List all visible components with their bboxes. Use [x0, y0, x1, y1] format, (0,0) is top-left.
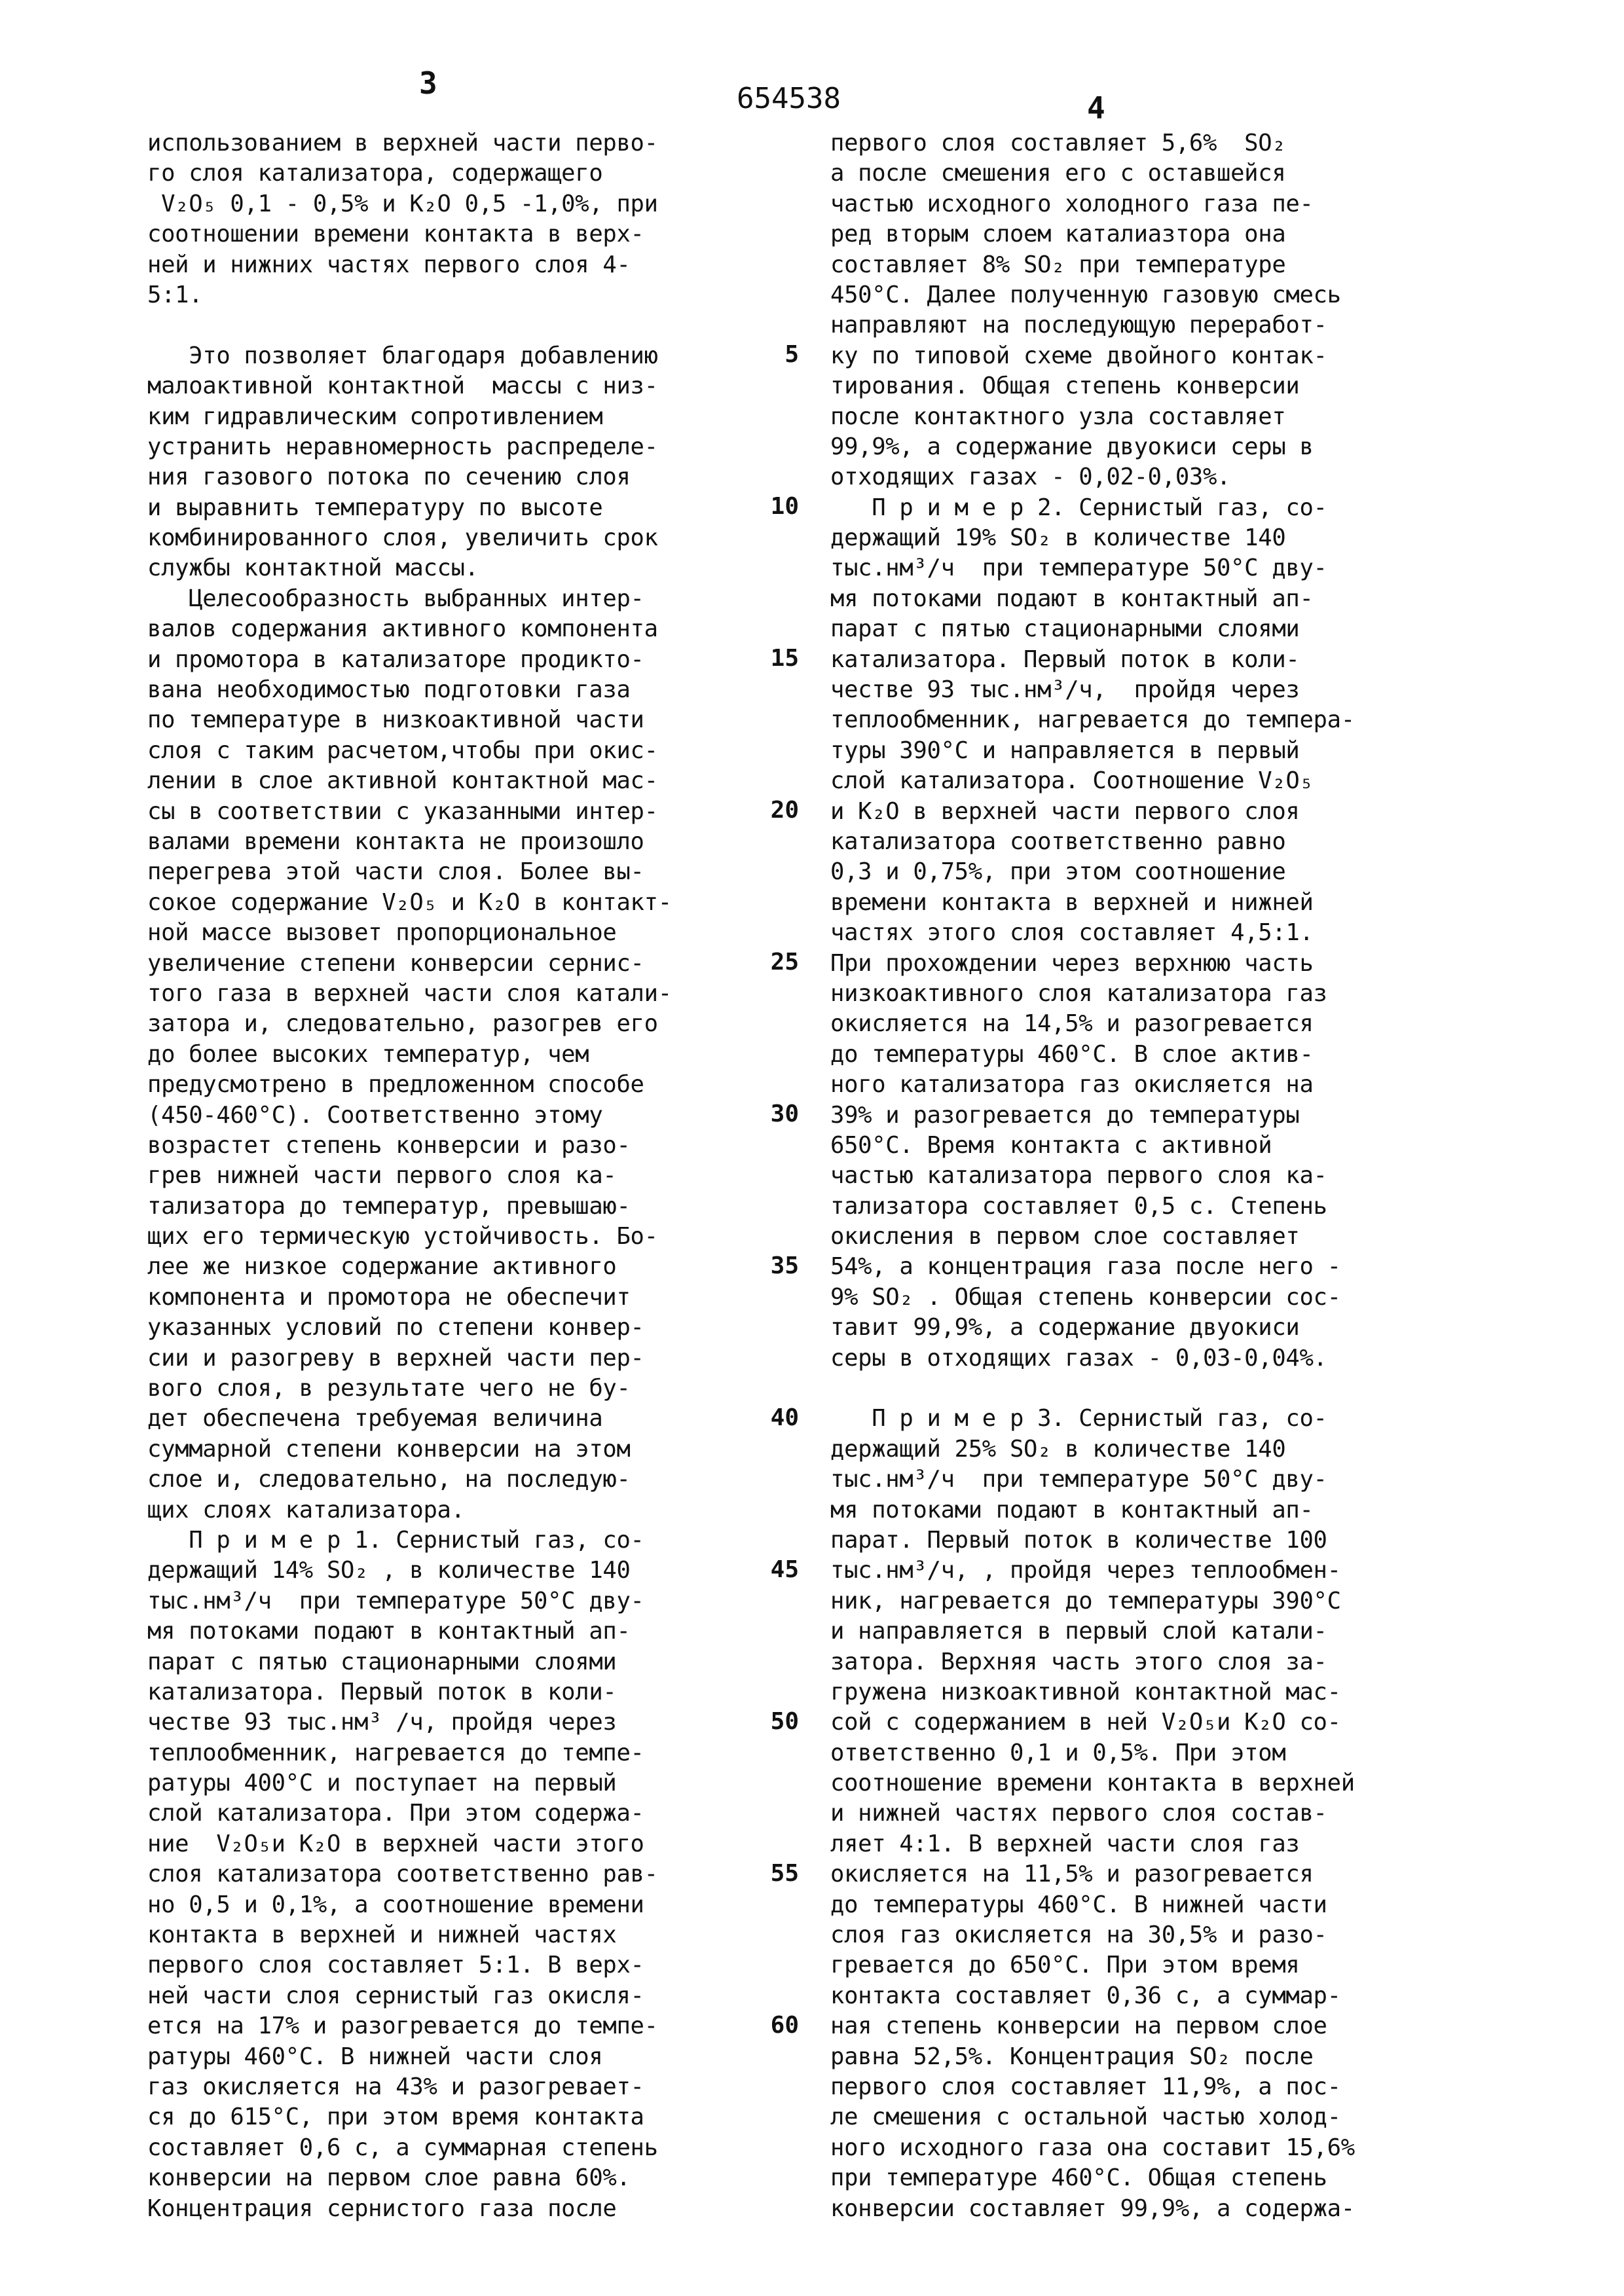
text-line: катализатора соответственно равно: [830, 827, 1498, 857]
text-line: [830, 1374, 1498, 1404]
text-line: серы в отходящих газах - 0,03-0,04%.: [830, 1343, 1498, 1374]
text-line: по температуре в низкоактивной части: [147, 705, 802, 735]
text-line: до температуры 460°С. В слое актив-: [830, 1040, 1498, 1070]
text-line: сой с содержанием в ней V₂O₅и K₂O со-: [830, 1707, 1498, 1738]
text-line: малоактивной контактной массы с низ-: [147, 371, 802, 401]
text-line: мя потоками подают в контактный ап-: [830, 584, 1498, 614]
text-line: дет обеспечена требуемая величина: [147, 1404, 802, 1434]
text-line: окисления в первом слое составляет: [830, 1222, 1498, 1252]
text-line: ной массе вызовет пропорциональное: [147, 918, 802, 948]
text-line: честве 93 тыс.нм³/ч, пройдя через: [830, 675, 1498, 705]
text-line: держащий 14% SO₂ , в количестве 140: [147, 1556, 802, 1586]
text-line: ней части слоя сернистый газ окисля-: [147, 1981, 802, 2011]
left-text-column: использованием в верхней части перво-го …: [147, 128, 802, 2224]
text-line: соотношение времени контакта в верхней: [830, 1768, 1498, 1798]
text-line: Целесообразность выбранных интер-: [147, 584, 802, 614]
text-line: частью катализатора первого слоя ка-: [830, 1161, 1498, 1191]
text-line: тыс.нм³/ч при температуре 50°С дву-: [147, 1586, 802, 1616]
text-line: затора. Верхняя часть этого слоя за-: [830, 1647, 1498, 1677]
right-text-column: первого слоя составляет 5,6% SO₂а после …: [830, 128, 1498, 2224]
text-line: и K₂O в верхней части первого слоя: [830, 797, 1498, 827]
text-line: [147, 310, 802, 340]
text-line: слое и, следовательно, на последую-: [147, 1465, 802, 1495]
text-line: грев нижней части первого слоя ка-: [147, 1161, 802, 1191]
text-line: П р и м е р 1. Сернистый газ, со-: [147, 1525, 802, 1556]
patent-number: 654538: [737, 82, 841, 115]
text-line: валами времени контакта не произошло: [147, 827, 802, 857]
text-line: 39% и разогревается до температуры: [830, 1101, 1498, 1131]
text-line: до более высоких температур, чем: [147, 1040, 802, 1070]
text-line: соотношении времени контакта в верх-: [147, 219, 802, 249]
line-number: 15: [771, 645, 799, 672]
text-line: теплообменник, нагревается до темпера-: [830, 705, 1498, 735]
text-line: парат с пятью стационарными слоями: [830, 614, 1498, 644]
text-line: окисляется на 14,5% и разогревается: [830, 1009, 1498, 1039]
text-line: тавит 99,9%, а содержание двуокиси: [830, 1313, 1498, 1343]
text-line: ней и нижних частях первого слоя 4-: [147, 250, 802, 280]
text-line: ного исходного газа она составит 15,6%: [830, 2133, 1498, 2163]
text-line: указанных условий по степени конвер-: [147, 1313, 802, 1343]
line-number: 30: [771, 1101, 799, 1127]
text-line: суммарной степени конверсии на этом: [147, 1434, 802, 1465]
text-line: туры 390°С и направляется в первый: [830, 736, 1498, 766]
text-line: равна 52,5%. Концентрация SO₂ после: [830, 2042, 1498, 2072]
text-line: а после смешения его с оставшейся: [830, 158, 1498, 189]
text-line: парат с пятью стационарными слоями: [147, 1647, 802, 1677]
text-line: ку по типовой схеме двойного контак-: [830, 341, 1498, 371]
text-line: ле смешения с остальной частью холод-: [830, 2102, 1498, 2132]
text-line: ся до 615°С, при этом время контакта: [147, 2102, 802, 2132]
text-line: конверсии на первом слое равна 60%.: [147, 2163, 802, 2193]
text-line: (450-460°С). Соответственно этому: [147, 1101, 802, 1131]
text-line: честве 93 тыс.нм³ /ч, пройдя через: [147, 1707, 802, 1738]
text-line: 9% SO₂ . Общая степень конверсии сос-: [830, 1283, 1498, 1313]
text-line: устранить неравномерность распределе-: [147, 432, 802, 462]
text-line: и промотора в катализаторе продикто-: [147, 645, 802, 675]
text-line: увеличение степени конверсии сернис-: [147, 949, 802, 979]
text-line: слоя катализатора соответственно рав-: [147, 1859, 802, 1889]
text-line: Концентрация сернистого газа после: [147, 2194, 802, 2224]
text-line: тыс.нм³/ч, , пройдя через теплообмен-: [830, 1556, 1498, 1586]
text-line: и направляется в первый слой катали-: [830, 1616, 1498, 1647]
text-line: комбинированного слоя, увеличить срок: [147, 523, 802, 553]
text-line: 54%, а концентрация газа после него -: [830, 1252, 1498, 1282]
text-line: ляет 4:1. В верхней части слоя газ: [830, 1829, 1498, 1859]
text-line: 650°С. Время контакта с активной: [830, 1131, 1498, 1161]
text-line: контакта в верхней и нижней частях: [147, 1920, 802, 1950]
text-line: ответственно 0,1 и 0,5%. При этом: [830, 1738, 1498, 1768]
text-line: перегрева этой части слоя. Более вы-: [147, 857, 802, 887]
text-line: использованием в верхней части перво-: [147, 128, 802, 158]
text-line: но 0,5 и 0,1%, а соотношение времени: [147, 1890, 802, 1920]
text-line: слой катализатора. При этом содержа-: [147, 1798, 802, 1829]
text-line: ратуры 460°С. В нижней части слоя: [147, 2042, 802, 2072]
text-line: ние V₂O₅и K₂O в верхней части этого: [147, 1829, 802, 1859]
line-number: 45: [771, 1556, 799, 1583]
text-line: V₂O₅ 0,1 - 0,5% и K₂O 0,5 -1,0%, при: [147, 189, 802, 219]
text-line: слой катализатора. Соотношение V₂O₅: [830, 766, 1498, 796]
text-line: первого слоя составляет 5,6% SO₂: [830, 128, 1498, 158]
text-line: ким гидравлическим сопротивлением: [147, 402, 802, 432]
line-number: 60: [771, 2012, 799, 2039]
text-line: 5:1.: [147, 280, 802, 310]
text-line: отходящих газах - 0,02-0,03%.: [830, 462, 1498, 492]
text-line: вана необходимостью подготовки газа: [147, 675, 802, 705]
text-line: слоя газ окисляется на 30,5% и разо-: [830, 1920, 1498, 1950]
text-line: предусмотрено в предложенном способе: [147, 1070, 802, 1100]
text-line: щих его термическую устойчивость. Бо-: [147, 1222, 802, 1252]
text-line: ная степень конверсии на первом слое: [830, 2011, 1498, 2041]
text-line: ник, нагревается до температуры 390°С: [830, 1586, 1498, 1616]
text-line: гревается до 650°С. При этом время: [830, 1950, 1498, 1980]
text-line: конверсии составляет 99,9%, а содержа-: [830, 2194, 1498, 2224]
text-line: катализатора. Первый поток в коли-: [830, 645, 1498, 675]
line-number: 10: [771, 493, 799, 520]
text-line: тирования. Общая степень конверсии: [830, 371, 1498, 401]
text-line: держащий 25% SO₂ в количестве 140: [830, 1434, 1498, 1465]
text-line: лении в слое активной контактной мас-: [147, 766, 802, 796]
text-line: гружена низкоактивной контактной мас-: [830, 1677, 1498, 1707]
text-line: П р и м е р 2. Сернистый газ, со-: [830, 493, 1498, 523]
text-line: парат. Первый поток в количестве 100: [830, 1525, 1498, 1556]
line-number: 40: [771, 1404, 799, 1431]
text-line: сы в соответствии с указанными интер-: [147, 797, 802, 827]
text-line: держащий 19% SO₂ в количестве 140: [830, 523, 1498, 553]
line-number: 35: [771, 1252, 799, 1279]
line-number: 25: [771, 949, 799, 975]
text-line: го слоя катализатора, содержащего: [147, 158, 802, 189]
text-line: газ окисляется на 43% и разогревает-: [147, 2072, 802, 2102]
line-number: 20: [771, 797, 799, 824]
text-line: При прохождении через верхнюю часть: [830, 949, 1498, 979]
text-line: мя потоками подают в контактный ап-: [830, 1495, 1498, 1525]
text-line: окисляется на 11,5% и разогревается: [830, 1859, 1498, 1889]
text-line: возрастет степень конверсии и разо-: [147, 1131, 802, 1161]
text-line: частью исходного холодного газа пе-: [830, 189, 1498, 219]
text-line: после контактного узла составляет: [830, 402, 1498, 432]
text-line: службы контактной массы.: [147, 553, 802, 583]
text-line: тализатора до температур, превышаю-: [147, 1192, 802, 1222]
text-line: катализатора. Первый поток в коли-: [147, 1677, 802, 1707]
text-line: 99,9%, а содержание двуокиси серы в: [830, 432, 1498, 462]
text-line: контакта составляет 0,36 с, а суммар-: [830, 1981, 1498, 2011]
text-line: ного катализатора газ окисляется на: [830, 1070, 1498, 1100]
text-line: частях этого слоя составляет 4,5:1.: [830, 918, 1498, 948]
text-line: и нижней частях первого слоя состав-: [830, 1798, 1498, 1829]
text-line: ратуры 400°С и поступает на первый: [147, 1768, 802, 1798]
text-line: тализатора составляет 0,5 с. Степень: [830, 1192, 1498, 1222]
text-line: 0,3 и 0,75%, при этом соотношение: [830, 857, 1498, 887]
text-line: щих слоях катализатора.: [147, 1495, 802, 1525]
text-line: компонента и промотора не обеспечит: [147, 1283, 802, 1313]
text-line: мя потоками подают в контактный ап-: [147, 1616, 802, 1647]
text-line: тыс.нм³/ч при температуре 50°С дву-: [830, 1465, 1498, 1495]
page-number-right: 4: [1087, 90, 1105, 126]
text-line: при температуре 460°С. Общая степень: [830, 2163, 1498, 2193]
text-line: теплообменник, нагревается до темпе-: [147, 1738, 802, 1768]
text-line: составляет 0,6 с, а суммарная степень: [147, 2133, 802, 2163]
line-number: 50: [771, 1708, 799, 1735]
line-number: 55: [771, 1860, 799, 1887]
text-line: Это позволяет благодаря добавлению: [147, 341, 802, 371]
text-line: первого слоя составляет 5:1. В верх-: [147, 1950, 802, 1980]
text-line: до температуры 460°С. В нижней части: [830, 1890, 1498, 1920]
text-line: ется на 17% и разогревается до темпе-: [147, 2011, 802, 2041]
text-line: направляют на последующую переработ-: [830, 310, 1498, 340]
text-line: слоя с таким расчетом,чтобы при окис-: [147, 736, 802, 766]
text-line: П р и м е р 3. Сернистый газ, со-: [830, 1404, 1498, 1434]
text-line: низкоактивного слоя катализатора газ: [830, 979, 1498, 1009]
text-line: того газа в верхней части слоя катали-: [147, 979, 802, 1009]
line-number: 5: [784, 341, 799, 368]
text-line: времени контакта в верхней и нижней: [830, 888, 1498, 918]
text-line: и выравнить температуру по высоте: [147, 493, 802, 523]
text-line: первого слоя составляет 11,9%, а пос-: [830, 2072, 1498, 2102]
text-line: сокое содержание V₂O₅ и K₂O в контакт-: [147, 888, 802, 918]
text-line: составляет 8% SO₂ при температуре: [830, 250, 1498, 280]
page-number-left: 3: [419, 65, 437, 101]
text-line: ред вторым слоем каталиазтора она: [830, 219, 1498, 249]
text-line: лее же низкое содержание активного: [147, 1252, 802, 1282]
text-line: 450°С. Далее полученную газовую смесь: [830, 280, 1498, 310]
text-line: сии и разогреву в верхней части пер-: [147, 1343, 802, 1374]
text-line: вого слоя, в результате чего не бу-: [147, 1374, 802, 1404]
text-line: тыс.нм³/ч при температуре 50°С дву-: [830, 553, 1498, 583]
text-line: ния газового потока по сечению слоя: [147, 462, 802, 492]
text-line: валов содержания активного компонента: [147, 614, 802, 644]
text-line: затора и, следовательно, разогрев его: [147, 1009, 802, 1039]
